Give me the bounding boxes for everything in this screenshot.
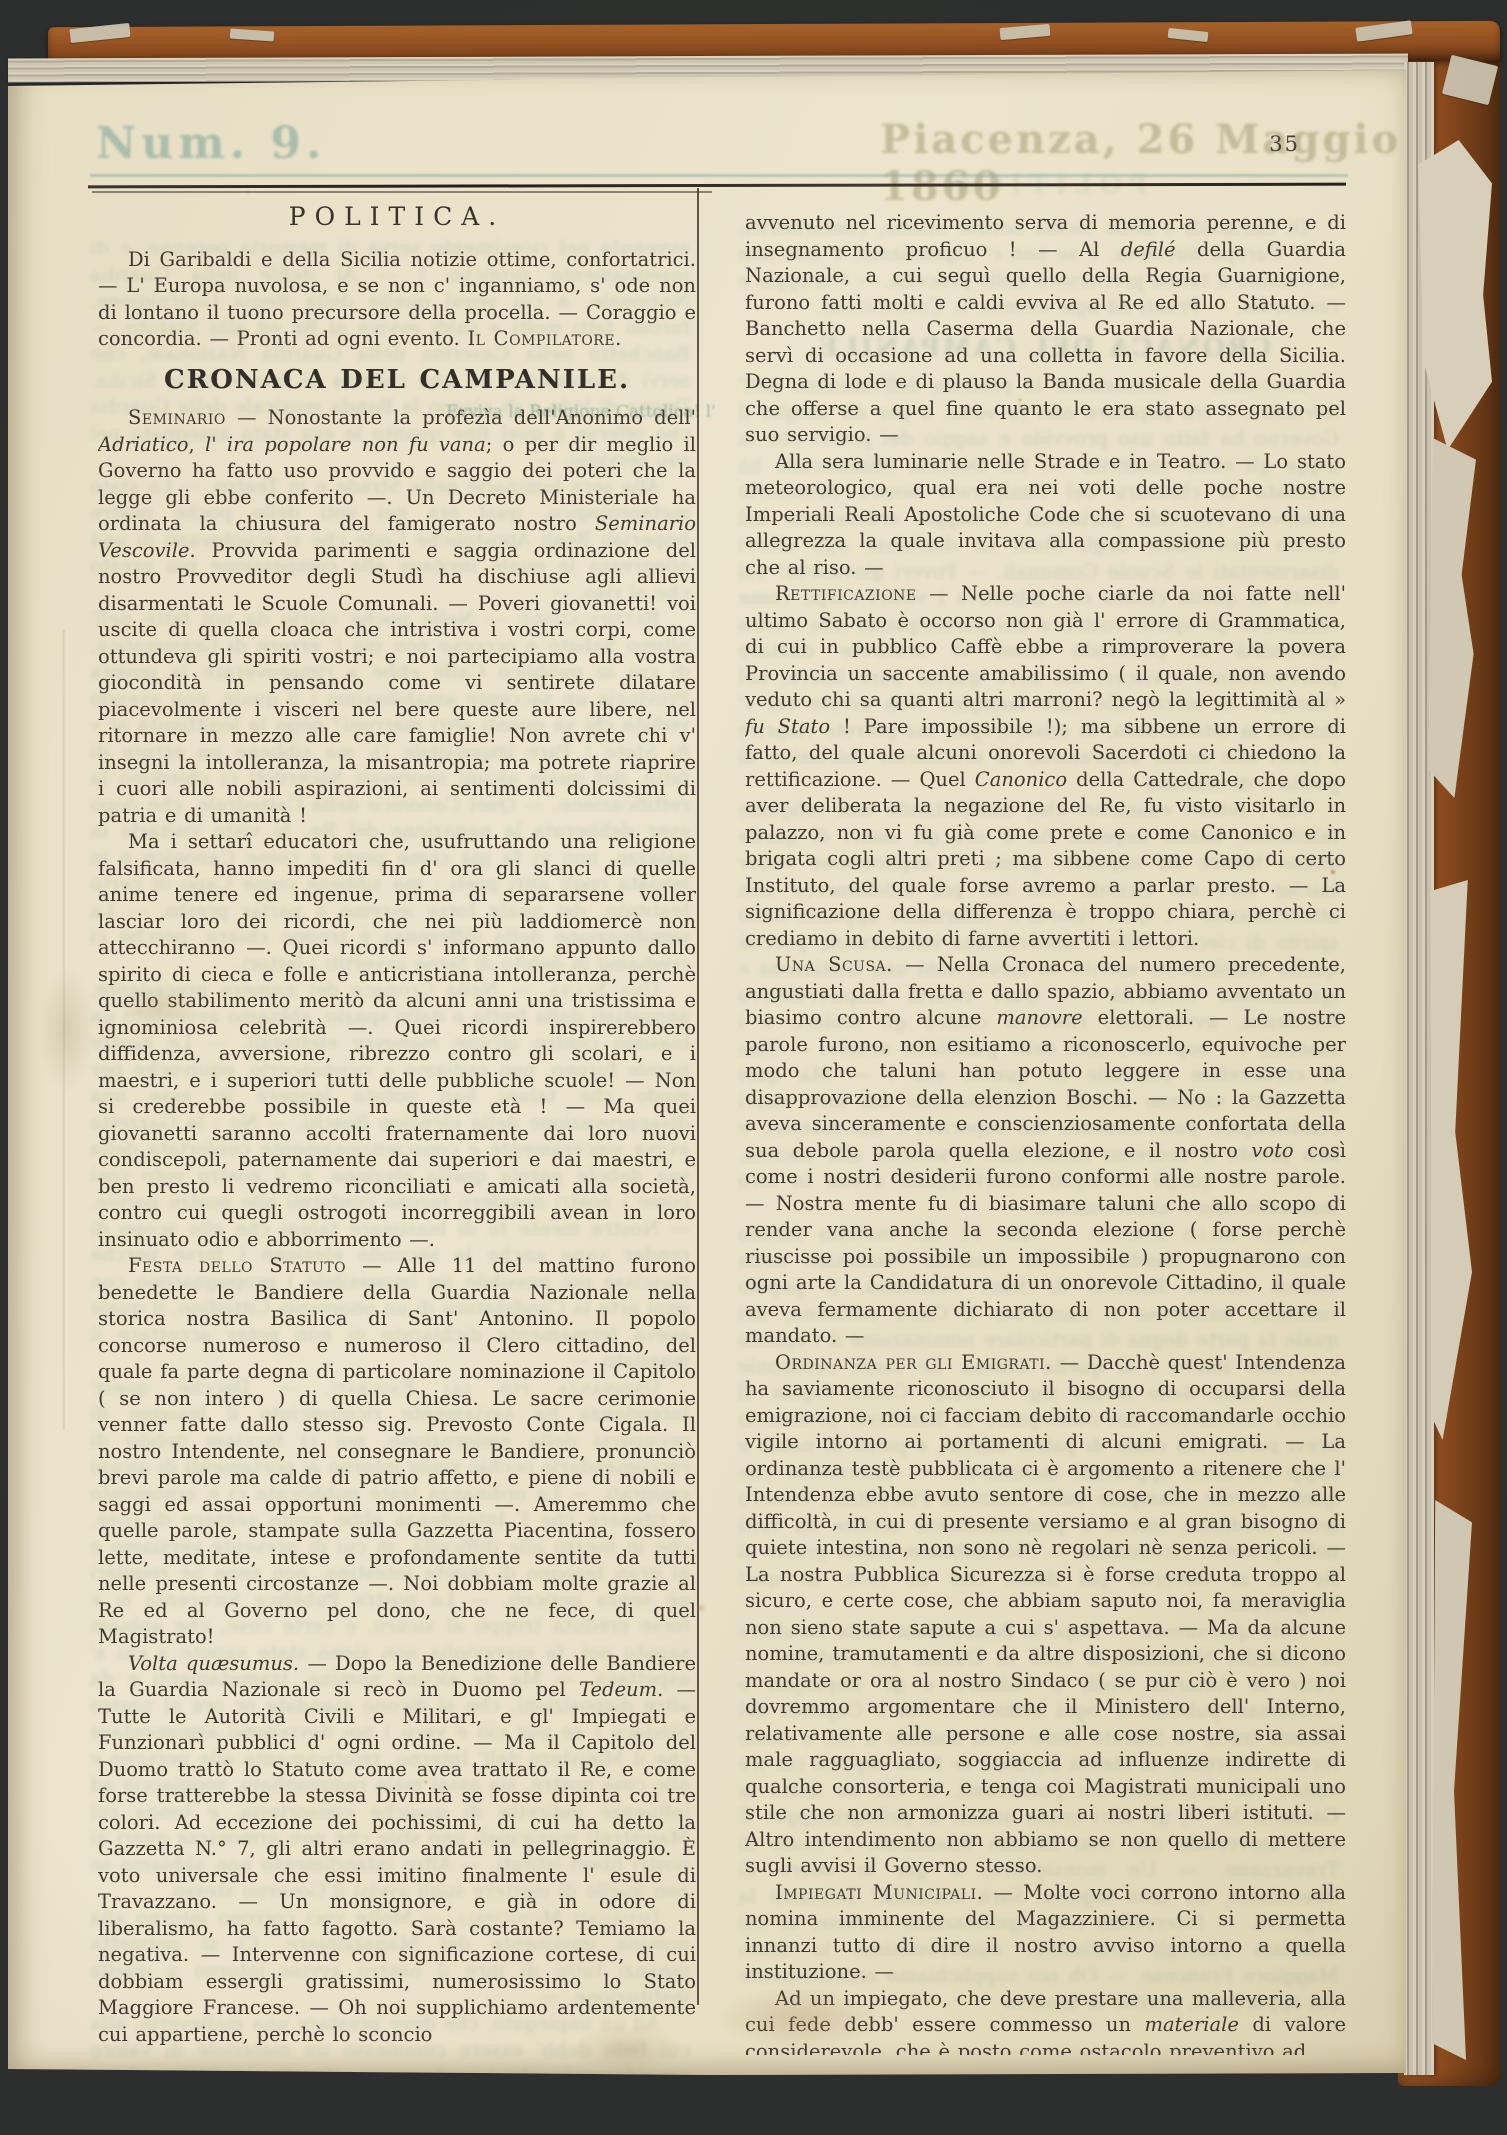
paragraph-segment: così come i nostri desiderii furono conf… — [745, 1139, 1346, 1348]
paragraph-segment: . Provvida parimenti e saggia ordinazion… — [98, 539, 696, 827]
paragraph-segment: defilé — [1121, 238, 1176, 261]
paragraph-segment: voto — [1251, 1139, 1293, 1162]
paragraph-segment: Il Compilatore. — [467, 327, 621, 350]
paragraph-segment: manovre — [996, 1006, 1082, 1029]
paragraph-segment: Canonico — [975, 768, 1067, 791]
book-photo-background: avvenuto nel ricevimento serva di memori… — [0, 0, 1507, 2135]
paragraph: Seminario — Nonostante la profezìa dell'… — [98, 405, 696, 829]
right-column: avvenuto nel ricevimento serva di memori… — [745, 210, 1346, 2055]
column-divider-rule — [697, 188, 699, 2005]
ghost-header-rule — [90, 174, 1348, 177]
paragraph-segment: . — Tutte le Autorità Civili e Militari,… — [98, 1678, 696, 2046]
paragraph: Ordinanza per gli Emigrati. — Dacchè que… — [745, 1350, 1346, 1880]
paragraph: Festa dello Statuto — Alle 11 del mattin… — [98, 1253, 696, 1651]
paragraph: Alla sera luminarie nelle Strade e in Te… — [745, 449, 1346, 582]
paragraph-segment: — Alle 11 del mattino furono benedette l… — [98, 1254, 696, 1648]
paragraph-segment: Ma i settarî educatori che, usufruttando… — [98, 830, 696, 1251]
paragraph: Rettificazione — Nelle poche ciarle da n… — [745, 581, 1346, 952]
paragraph: Impiegati Municipali. — Molte voci corro… — [745, 1880, 1346, 1986]
paragraph-segment: Volta quæsumus. — [128, 1652, 299, 1675]
paragraph-segment: Tedeum — [579, 1678, 657, 1701]
header-rule-secondary — [92, 191, 712, 193]
page-number: 35 — [1240, 132, 1300, 156]
paragraph-segment: Seminario — [128, 406, 226, 429]
cronaca-paragraphs: Seminario — Nonostante la profezìa dell'… — [98, 405, 696, 2048]
paragraph-segment: materiale — [1144, 2013, 1238, 2036]
paragraph-segment: — Nonostante la profezìa dell'Anonimo de… — [226, 406, 696, 429]
ghost-issue-number: Num. 9. — [96, 118, 326, 169]
politica-paragraphs: Di Garibaldi e della Sicilia notizie ott… — [98, 247, 696, 353]
paragraph-segment: — Dacchè quest' Intendenza ha saviamente… — [745, 1351, 1346, 1878]
paragraph: Una Scusa. — Nella Cronaca del numero pr… — [745, 952, 1346, 1350]
paragraph-segment: Festa dello Statuto — [128, 1254, 346, 1277]
paragraph: Di Garibaldi e della Sicilia notizie ott… — [98, 247, 696, 353]
paragraph-segment: Alla sera luminarie nelle Strade e in Te… — [745, 450, 1346, 579]
paragraph: Volta quæsumus. — Dopo la Benedizione de… — [98, 1651, 696, 2049]
paragraph-segment: Una Scusa. — [775, 953, 893, 976]
paragraph-segment: Impiegati Municipali. — [775, 1881, 983, 1904]
paragraph-segment: Rettificazione — [775, 582, 917, 605]
header-rule — [88, 183, 1346, 189]
paragraph: Ma i settarî educatori che, usufruttando… — [98, 829, 696, 1253]
paragraph-segment: Adriatico — [98, 433, 188, 456]
paragraph-segment: Ordinanza per gli Emigrati. — [775, 1351, 1052, 1374]
section-title-politica: POLITICA. — [98, 204, 696, 231]
paragraph-segment: fu Stato — [745, 715, 830, 738]
ghost-masthead-date: Piacenza, 26 Maggio 1860 — [880, 116, 1406, 210]
left-column: POLITICA. Di Garibaldi e della Sicilia n… — [98, 198, 696, 2068]
paper-crease — [62, 630, 68, 1430]
newspaper-page: avvenuto nel ricevimento serva di memori… — [8, 70, 1406, 2075]
paragraph-segment: , — [188, 433, 204, 456]
paragraph: avvenuto nel ricevimento serva di memori… — [745, 210, 1346, 449]
paragraph-segment: l' ira popolare non fu vana — [205, 433, 486, 456]
paragraph: Ad un impiegato, che deve prestare una m… — [745, 1986, 1346, 2056]
right-column-paragraphs: avvenuto nel ricevimento serva di memori… — [745, 210, 1346, 2055]
paragraph-segment: della Guardia Nazionale, a cui seguì que… — [745, 238, 1346, 447]
section-title-cronaca: CRONACA DEL CAMPANILE. — [98, 367, 696, 394]
paragraph-segment: della Cattedrale, che dopo aver delibera… — [745, 768, 1346, 950]
